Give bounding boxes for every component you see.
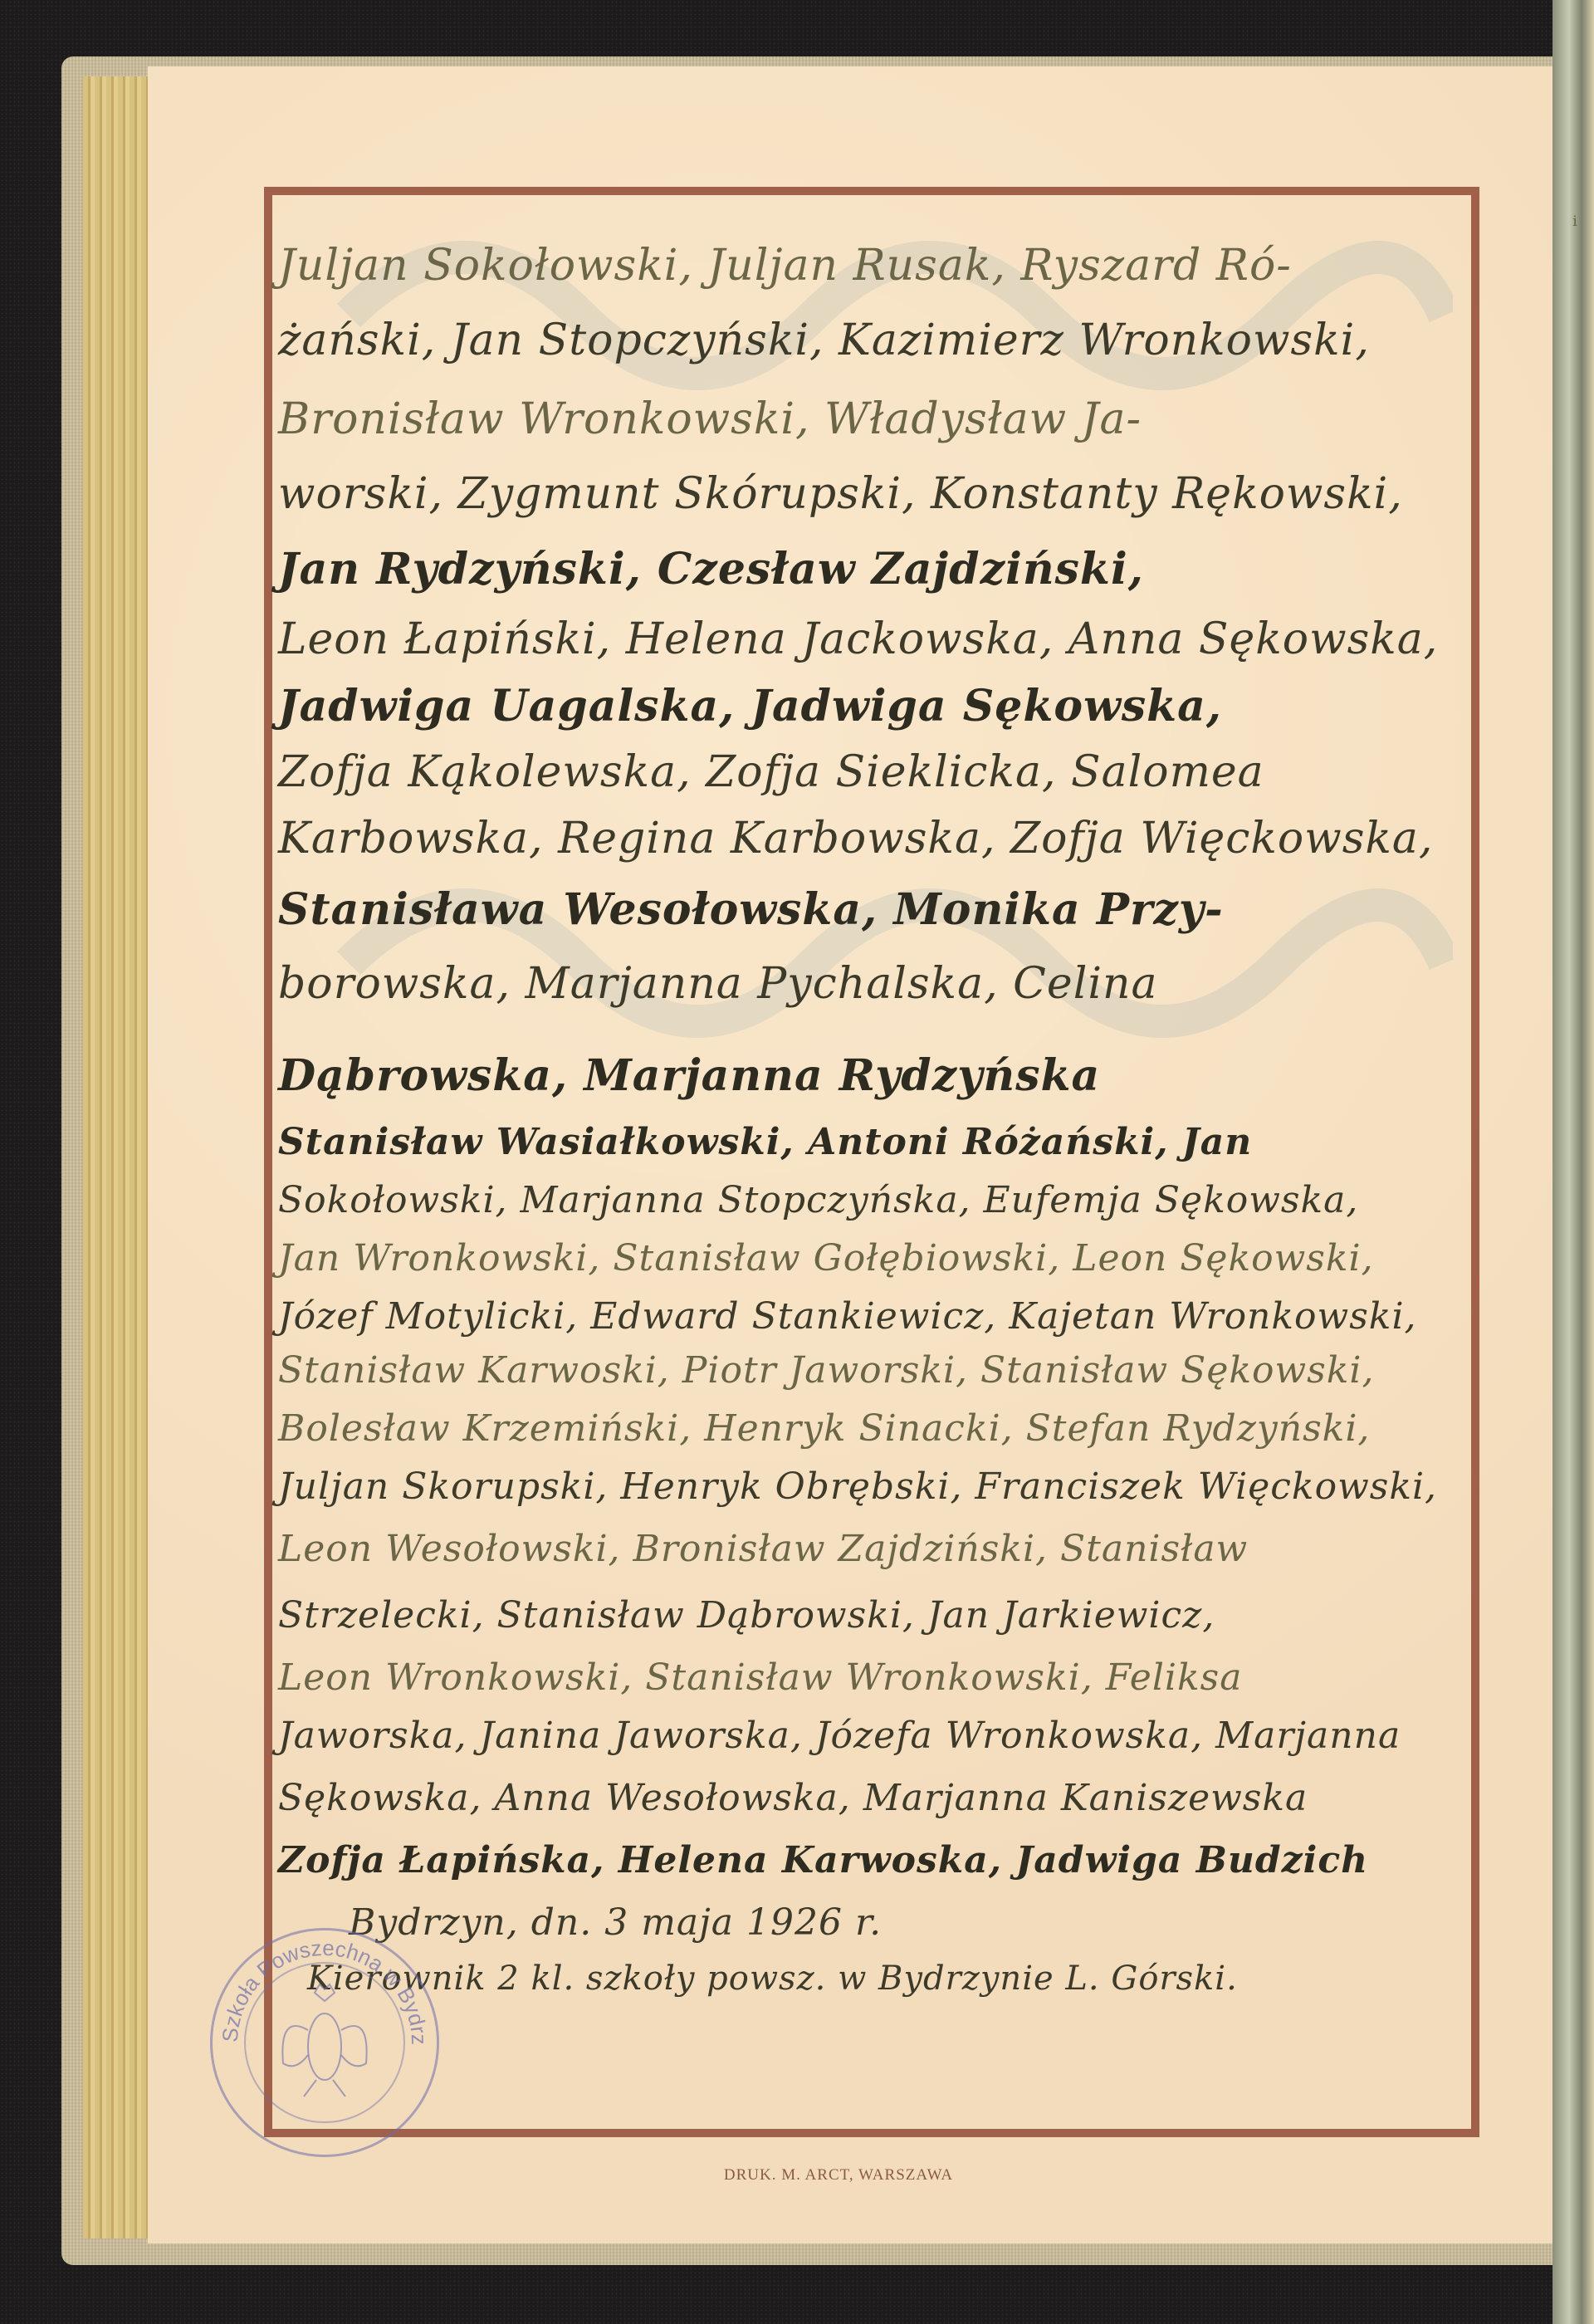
name-line: borowska, Marjanna Pychalska, Celina	[278, 959, 1490, 1009]
name-line: Stanisław Wasiałkowski, Antoni Różański,…	[278, 1121, 1490, 1163]
name-line: Bolesław Krzemiński, Henryk Sinacki, Ste…	[278, 1407, 1490, 1450]
name-line: Leon Łapiński, Helena Jackowska, Anna Sę…	[278, 614, 1490, 664]
name-line: Sokołowski, Marjanna Stopczyńska, Eufemj…	[278, 1179, 1490, 1221]
book-gutter	[1552, 0, 1594, 2324]
stamp-eagle-icon: Szkoła Powszechna w Bydrzynie	[213, 1930, 437, 2155]
name-line: Zofja Łapińska, Helena Karwoska, Jadwiga…	[278, 1839, 1490, 1881]
name-line: Dąbrowska, Marjanna Rydzyńska	[278, 1050, 1490, 1101]
signature-line: Kierownik 2 kl. szkoły powsz. w Bydrzyni…	[307, 1959, 1519, 1998]
name-line: worski, Zygmunt Skórupski, Konstanty Ręk…	[278, 469, 1490, 519]
name-line: Bronisław Wronkowski, Władysław Ja-	[278, 394, 1490, 444]
name-line: Jan Rydzyński, Czesław Zajdziński,	[278, 544, 1490, 594]
margin-mark: ⁱ	[1572, 212, 1577, 241]
name-line: Jaworska, Janina Jaworska, Józefa Wronko…	[278, 1715, 1490, 1757]
printer-mark: DRUK. M. ARCT, WARSZAWA	[0, 2166, 1594, 2185]
date-line: Bydrzyn, dn. 3 maja 1926 r.	[349, 1901, 1561, 1944]
name-line: Leon Wesołowski, Bronisław Zajdziński, S…	[278, 1528, 1490, 1570]
name-line: Strzelecki, Stanisław Dąbrowski, Jan Jar…	[278, 1594, 1490, 1637]
name-line: Stanisław Karwoski, Piotr Jaworski, Stan…	[278, 1349, 1490, 1392]
page-edges	[83, 76, 149, 2238]
name-line: żański, Jan Stopczyński, Kazimierz Wronk…	[278, 316, 1490, 365]
name-line: Stanisława Wesołowska, Monika Przy-	[278, 884, 1490, 935]
school-stamp: Szkoła Powszechna w Bydrzynie	[210, 1928, 439, 2157]
name-line: Jadwiga Uagalska, Jadwiga Sękowska,	[278, 681, 1490, 731]
name-line: Karbowska, Regina Karbowska, Zofja Więck…	[278, 814, 1490, 864]
name-line: Juljan Sokołowski, Juljan Rusak, Ryszard…	[278, 241, 1490, 291]
name-line: Zofja Kąkolewska, Zofja Sieklicka, Salom…	[278, 747, 1490, 797]
name-line: Jan Wronkowski, Stanisław Gołębiowski, L…	[278, 1237, 1490, 1279]
name-line: Sękowska, Anna Wesołowska, Marjanna Kani…	[278, 1777, 1490, 1819]
name-line: Juljan Skorupski, Henryk Obrębski, Franc…	[278, 1465, 1490, 1508]
name-line: Józef Motylicki, Edward Stankiewicz, Kaj…	[278, 1295, 1490, 1338]
name-line: Leon Wronkowski, Stanisław Wronkowski, F…	[278, 1656, 1490, 1699]
